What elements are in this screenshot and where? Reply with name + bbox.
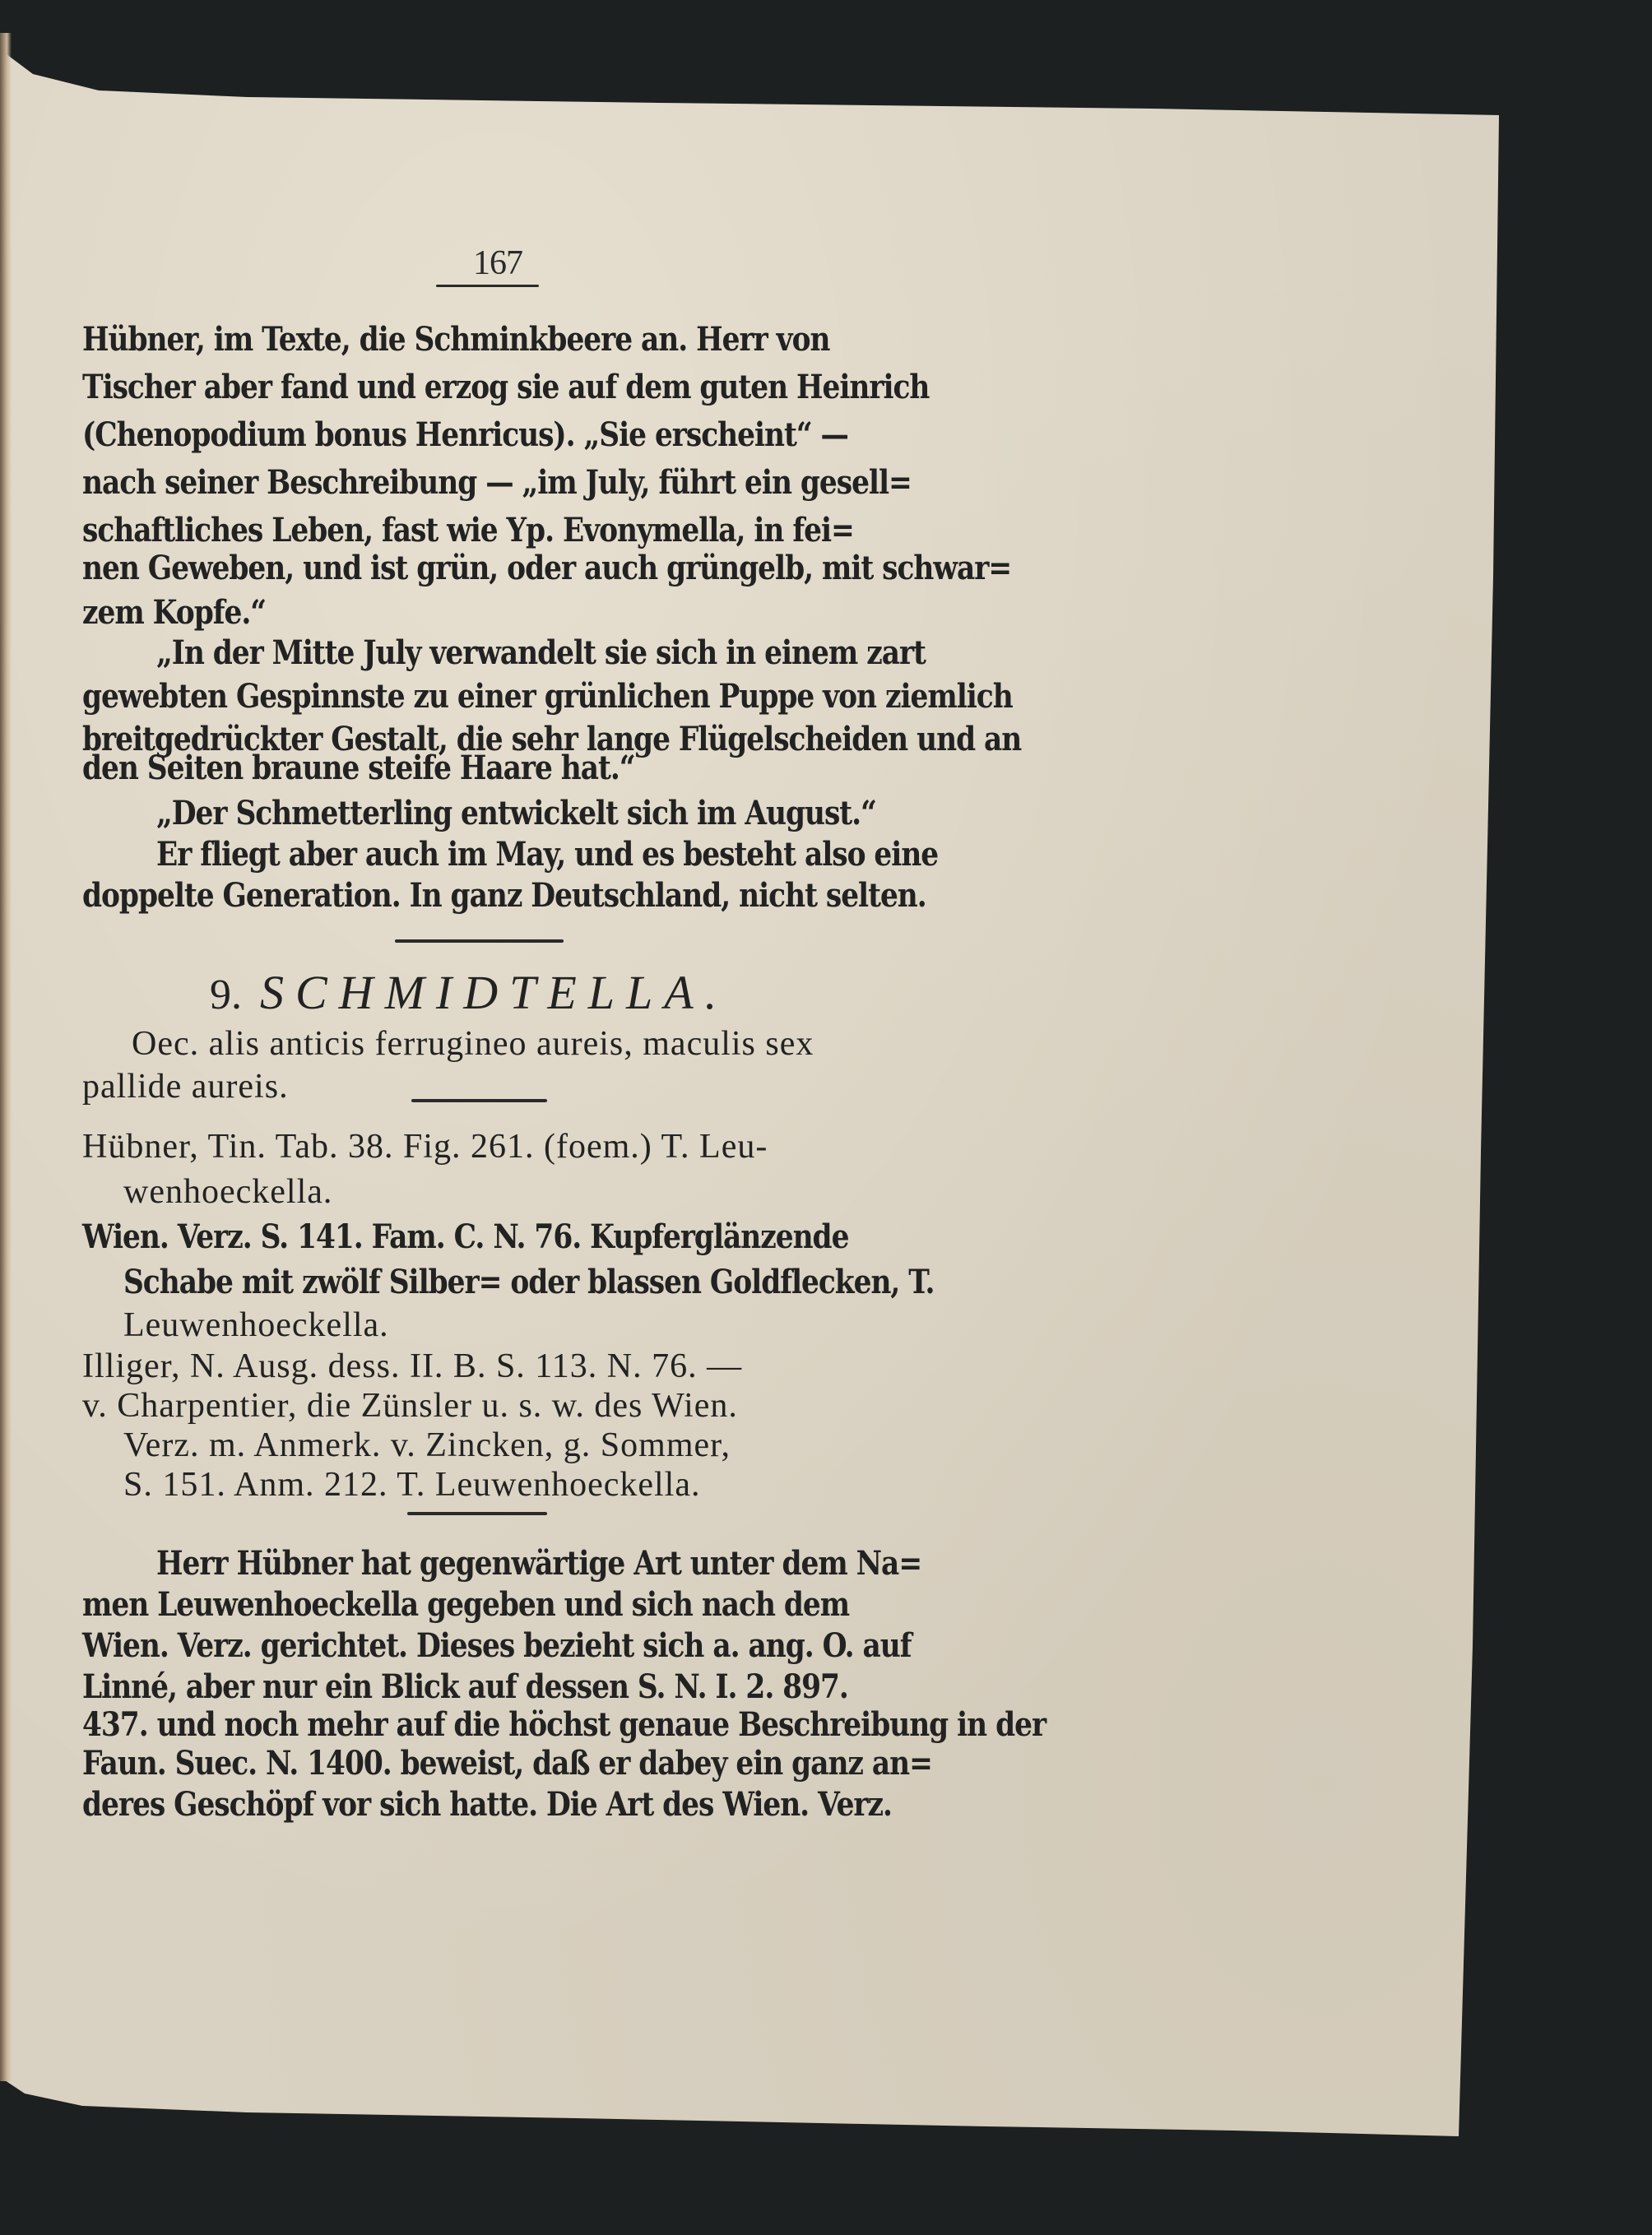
page-number: 167 — [461, 243, 535, 283]
reference-line: wenhoeckella. — [123, 1168, 938, 1216]
text-line: (Chenopodium bonus Henricus). „Sie ersch… — [82, 411, 782, 459]
text-line: Tischer aber fand und erzog sie auf dem … — [82, 364, 782, 411]
reference-line: Wien. Verz. S. 141. Fam. C. N. 76. Kupfe… — [82, 1213, 782, 1261]
text-line: gewebten Gespinnste zu einer grünlichen … — [82, 673, 782, 721]
section-divider — [395, 939, 564, 943]
diagnosis-line: Oec. alis anticis ferrugineo aureis, mac… — [132, 1020, 897, 1068]
text-line: „In der Mitte July verwandelt sie sich i… — [156, 629, 856, 677]
references-divider — [407, 1512, 547, 1515]
diagnosis-line: pallide aureis. — [82, 1063, 897, 1111]
reference-line: S. 151. Anm. 212. T. Leuwenhoeckella. — [123, 1461, 938, 1509]
text-line: nach seiner Beschreibung — „im July, füh… — [82, 459, 782, 507]
reference-line: Schabe mit zwölf Silber= oder blassen Go… — [123, 1259, 824, 1306]
page-gutter-edge — [0, 33, 12, 2081]
text-line: Hübner, im Texte, die Schminkbeere an. H… — [82, 316, 782, 364]
reference-line: Hübner, Tin. Tab. 38. Fig. 261. (foem.) … — [82, 1123, 897, 1171]
diagnosis-divider — [411, 1099, 547, 1102]
text-line: den Seiten braune steife Haare hat.“ — [82, 744, 782, 792]
species-heading: 9.SCHMIDTELLA. — [210, 965, 728, 1020]
species-name: SCHMIDTELLA. — [260, 966, 728, 1019]
text-line: deres Geschöpf vor sich hatte. Die Art d… — [82, 1781, 782, 1829]
species-number: 9. — [210, 971, 242, 1018]
header-rule — [436, 285, 539, 287]
text-line: nen Geweben, und ist grün, oder auch grü… — [82, 545, 782, 592]
text-line: doppelte Generation. In ganz Deutschland… — [82, 872, 782, 920]
